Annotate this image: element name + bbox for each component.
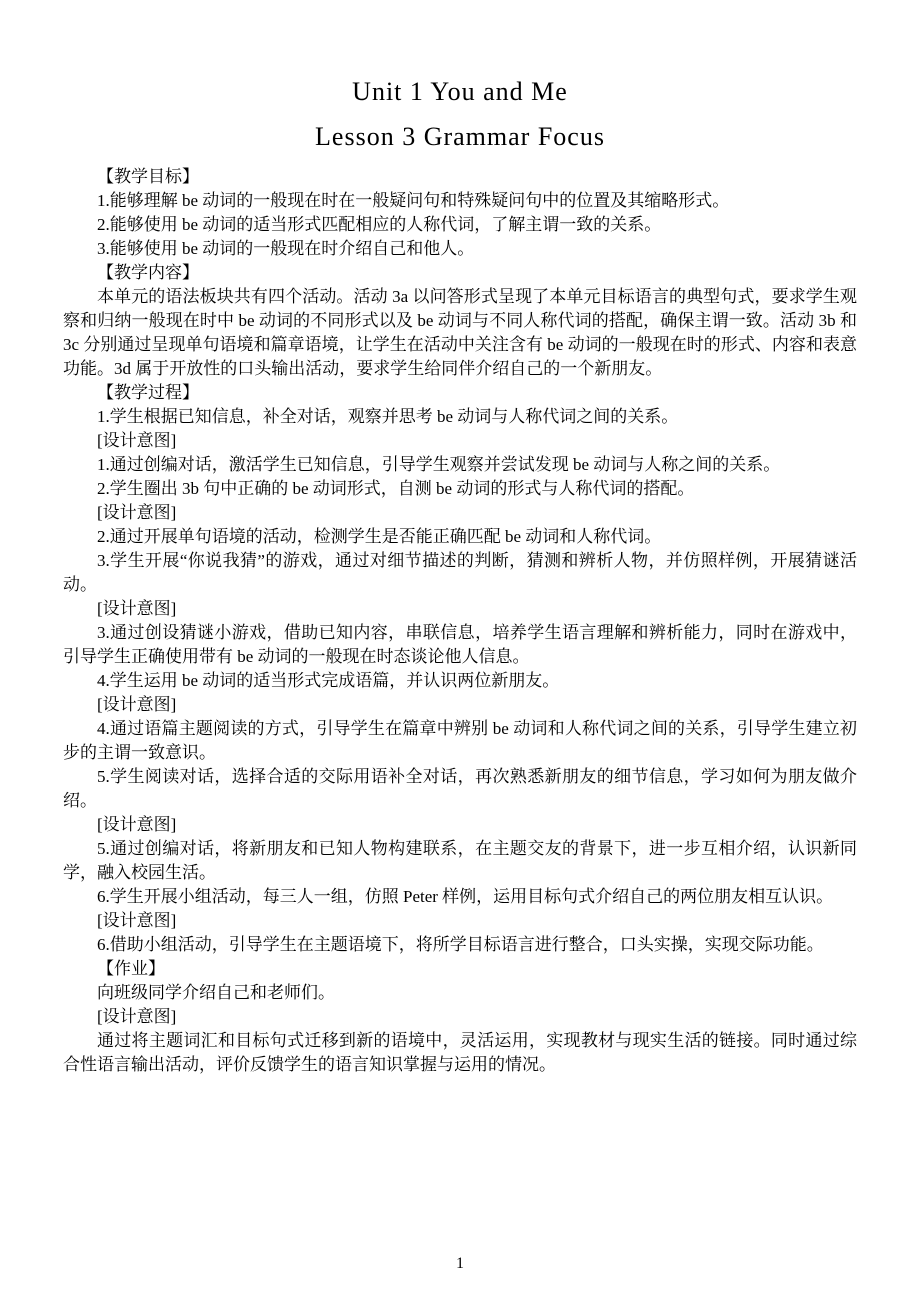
section-heading: 【作业】 bbox=[63, 957, 857, 981]
paragraph: [设计意图] bbox=[63, 1005, 857, 1029]
paragraph: 6.借助小组活动，引导学生在主题语境下，将所学目标语言进行整合，口头实操，实现交… bbox=[63, 933, 857, 957]
paragraph: [设计意图] bbox=[63, 813, 857, 837]
paragraph: [设计意图] bbox=[63, 693, 857, 717]
paragraph: [设计意图] bbox=[63, 501, 857, 525]
document-title: Unit 1 You and Me bbox=[0, 0, 920, 108]
document-body: 【教学目标】1.能够理解 be 动词的一般现在时在一般疑问句和特殊疑问句中的位置… bbox=[63, 165, 857, 1077]
paragraph: 1.通过创编对话，激活学生已知信息，引导学生观察并尝试发现 be 动词与人称之间… bbox=[63, 453, 857, 477]
paragraph: 1.能够理解 be 动词的一般现在时在一般疑问句和特殊疑问句中的位置及其缩略形式… bbox=[63, 189, 857, 213]
document-subtitle: Lesson 3 Grammar Focus bbox=[0, 121, 920, 153]
page-number: 1 bbox=[0, 1254, 920, 1274]
paragraph: 2.学生圈出 3b 句中正确的 be 动词形式，自测 be 动词的形式与人称代词… bbox=[63, 477, 857, 501]
paragraph: 4.通过语篇主题阅读的方式，引导学生在篇章中辨别 be 动词和人称代词之间的关系… bbox=[63, 717, 857, 765]
paragraph: [设计意图] bbox=[63, 429, 857, 453]
section-heading: 【教学目标】 bbox=[63, 165, 857, 189]
document-page: Unit 1 You and Me Lesson 3 Grammar Focus… bbox=[0, 0, 920, 1302]
paragraph: 本单元的语法板块共有四个活动。活动 3a 以问答形式呈现了本单元目标语言的典型句… bbox=[63, 285, 857, 381]
paragraph: [设计意图] bbox=[63, 909, 857, 933]
paragraph: 2.通过开展单句语境的活动，检测学生是否能正确匹配 be 动词和人称代词。 bbox=[63, 525, 857, 549]
paragraph: 3.通过创设猜谜小游戏，借助已知内容，串联信息，培养学生语言理解和辨析能力，同时… bbox=[63, 621, 857, 669]
paragraph: 通过将主题词汇和目标句式迁移到新的语境中，灵活运用，实现教材与现实生活的链接。同… bbox=[63, 1029, 857, 1077]
paragraph: [设计意图] bbox=[63, 597, 857, 621]
paragraph: 向班级同学介绍自己和老师们。 bbox=[63, 981, 857, 1005]
section-heading: 【教学内容】 bbox=[63, 261, 857, 285]
paragraph: 3.能够使用 be 动词的一般现在时介绍自己和他人。 bbox=[63, 237, 857, 261]
paragraph: 3.学生开展“你说我猜”的游戏，通过对细节描述的判断，猜测和辨析人物，并仿照样例… bbox=[63, 549, 857, 597]
paragraph: 5.学生阅读对话，选择合适的交际用语补全对话，再次熟悉新朋友的细节信息，学习如何… bbox=[63, 765, 857, 813]
paragraph: 5.通过创编对话，将新朋友和已知人物构建联系，在主题交友的背景下，进一步互相介绍… bbox=[63, 837, 857, 885]
section-heading: 【教学过程】 bbox=[63, 381, 857, 405]
paragraph: 4.学生运用 be 动词的适当形式完成语篇，并认识两位新朋友。 bbox=[63, 669, 857, 693]
paragraph: 6.学生开展小组活动，每三人一组，仿照 Peter 样例，运用目标句式介绍自己的… bbox=[63, 885, 857, 909]
paragraph: 2.能够使用 be 动词的适当形式匹配相应的人称代词，了解主谓一致的关系。 bbox=[63, 213, 857, 237]
paragraph: 1.学生根据已知信息，补全对话，观察并思考 be 动词与人称代词之间的关系。 bbox=[63, 405, 857, 429]
